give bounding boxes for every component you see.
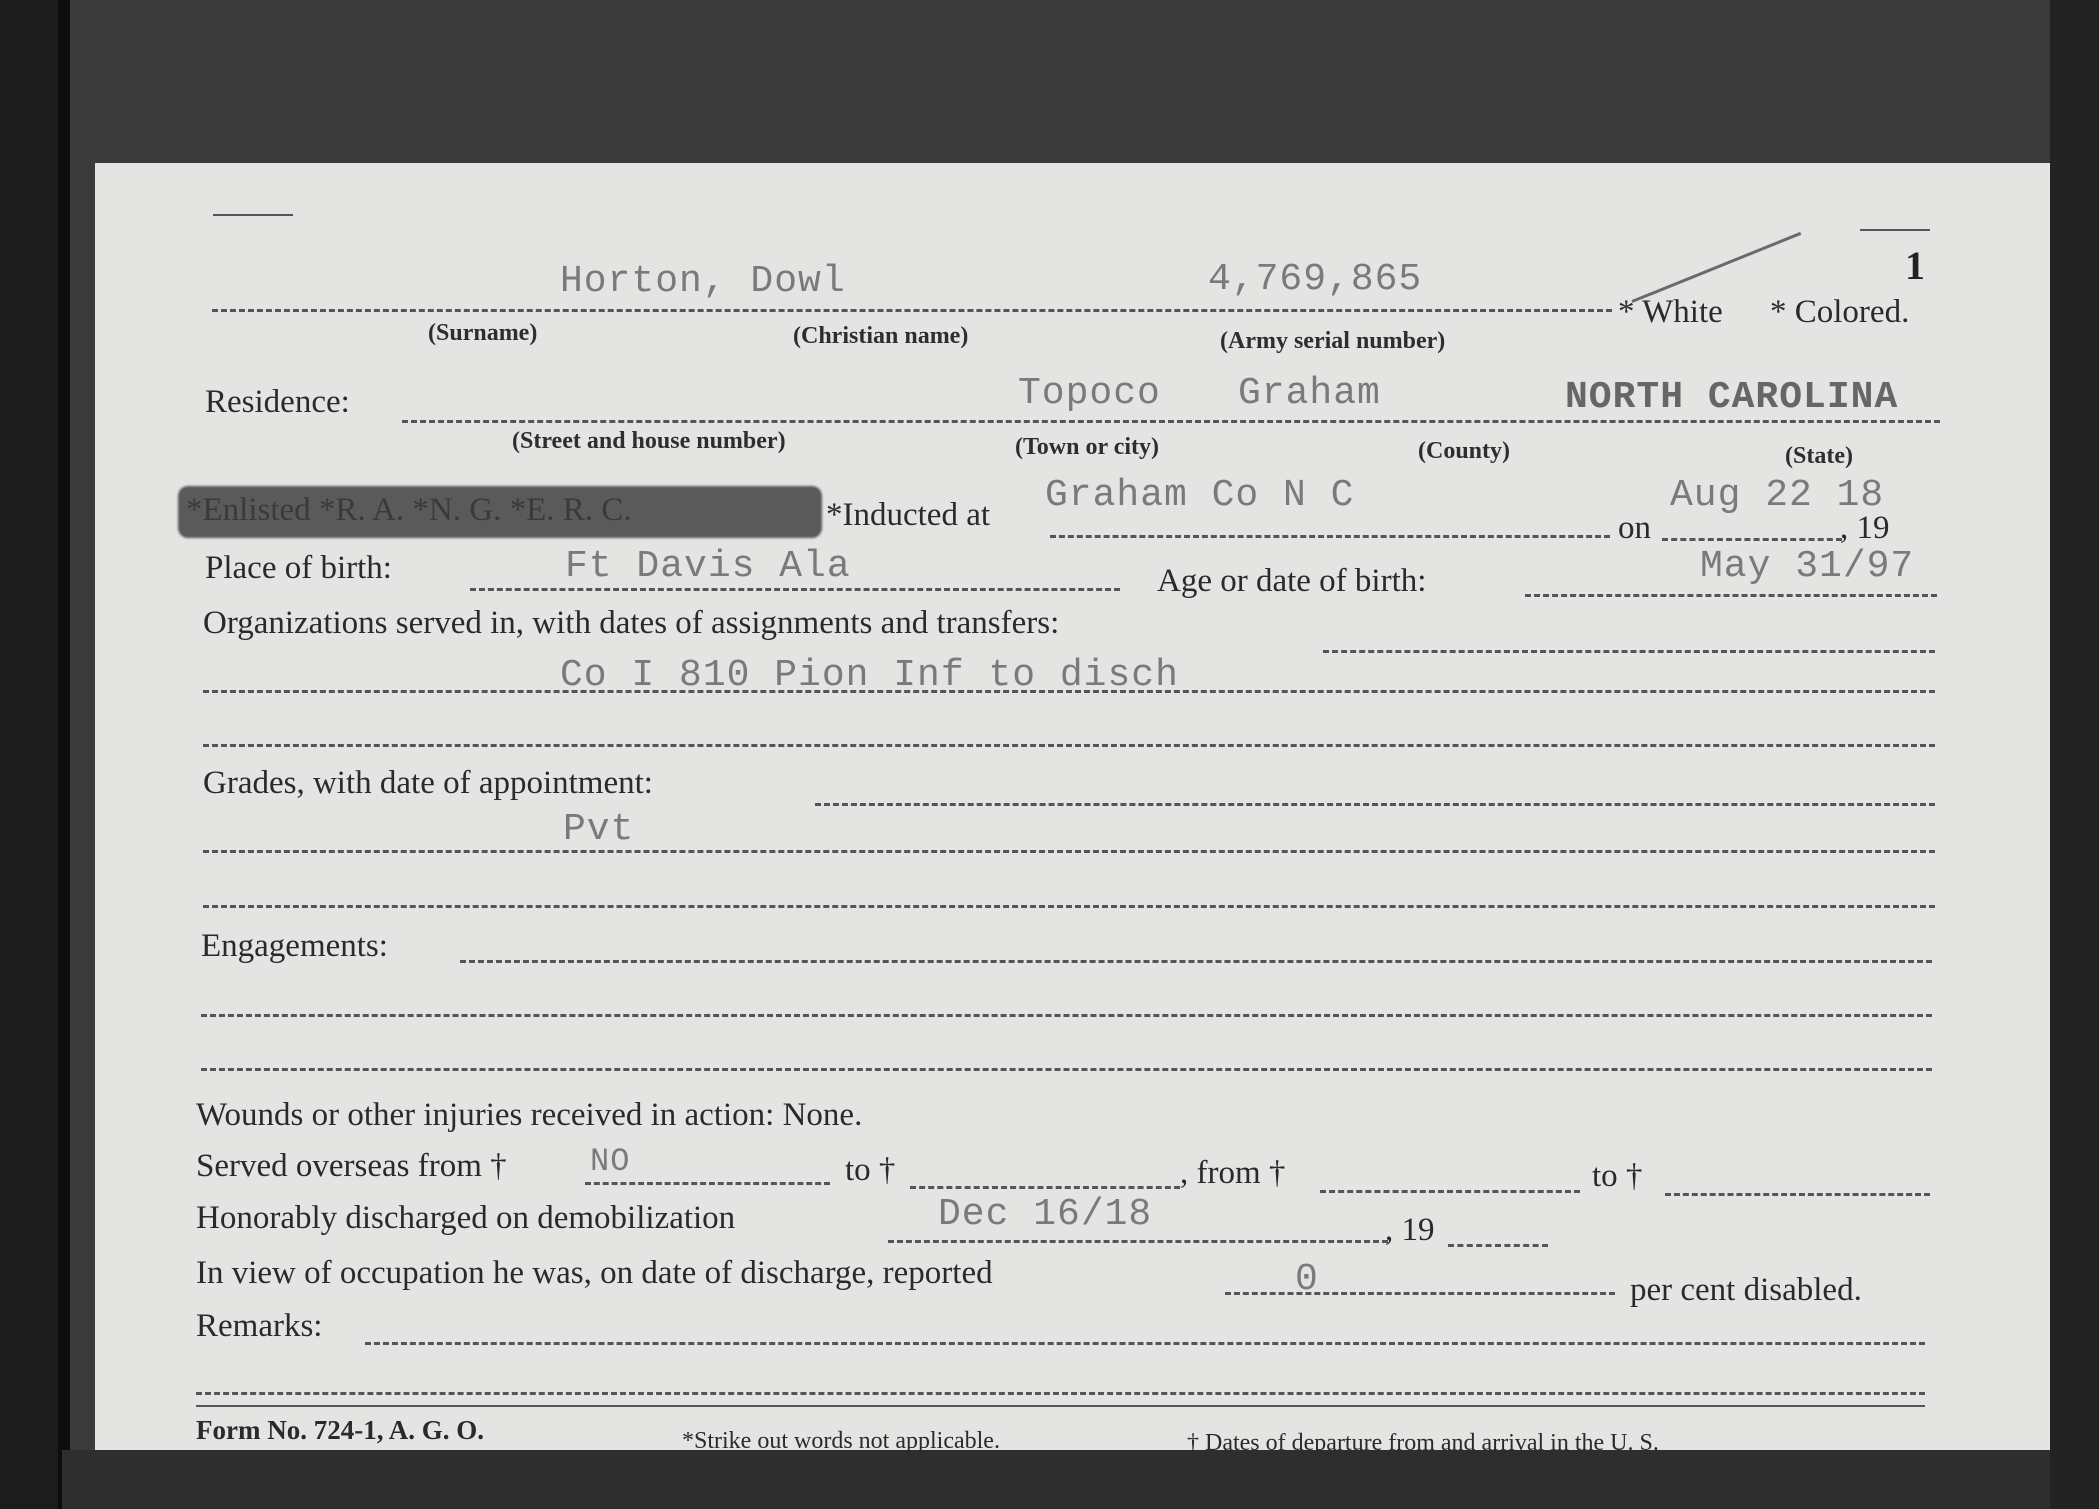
scan-background-left — [0, 0, 62, 1509]
remarks-label: Remarks: — [196, 1308, 322, 1345]
town-caption: (Town or city) — [1015, 434, 1159, 461]
residence-state-value: NORTH CAROLINA — [1565, 376, 1898, 419]
state-caption: (State) — [1785, 443, 1853, 470]
serial-number-value: 4,769,865 — [1208, 258, 1422, 301]
enlistment-options-redacted: *Enlisted *R. A. *N. G. *E. R. C. — [186, 492, 632, 529]
place-of-birth-underline — [470, 588, 1120, 591]
form-number: Form No. 724-1, A. G. O. — [196, 1415, 484, 1446]
overseas-from2-label: , from † — [1180, 1155, 1285, 1192]
date-of-birth-value: May 31/97 — [1700, 545, 1914, 588]
discharge-underline — [888, 1240, 1388, 1243]
grades-value: Pvt — [563, 808, 634, 851]
overseas-to-label: to † — [845, 1152, 895, 1189]
remarks-underline-1 — [365, 1342, 1925, 1345]
name-underline — [212, 309, 1612, 312]
organizations-label: Organizations served in, with dates of a… — [203, 605, 1059, 642]
disability-underline — [1225, 1292, 1615, 1295]
organizations-underline-3 — [203, 744, 1935, 747]
place-of-birth-value: Ft Davis Ala — [565, 545, 851, 588]
overseas-to2-label: to † — [1592, 1158, 1642, 1195]
serial-caption: (Army serial number) — [1220, 328, 1445, 355]
inducted-on-label: on — [1618, 510, 1651, 547]
organizations-underline-1 — [1323, 650, 1935, 653]
place-of-birth-label: Place of birth: — [205, 550, 392, 587]
engagements-underline-2 — [201, 1014, 1932, 1017]
grades-underline-2 — [203, 850, 1935, 853]
discharge-label: Honorably discharged on demobilization — [196, 1200, 735, 1237]
residence-county-value: Graham — [1238, 372, 1381, 415]
race-colored-option: * Colored. — [1770, 294, 1909, 331]
overseas-to-underline — [910, 1186, 1180, 1189]
grades-underline-3 — [203, 905, 1935, 908]
organizations-underline-2 — [203, 690, 1935, 693]
disability-suffix: per cent disabled. — [1630, 1272, 1862, 1309]
footnote-dates: † Dates of departure from and arrival in… — [1187, 1430, 1659, 1457]
inducted-at-label: *Inducted at — [826, 497, 990, 534]
grades-underline-1 — [815, 803, 1935, 806]
served-overseas-label: Served overseas from † — [196, 1148, 507, 1185]
overseas-to2-underline — [1665, 1193, 1930, 1196]
disability-label: In view of occupation he was, on date of… — [196, 1255, 993, 1292]
county-caption: (County) — [1418, 438, 1510, 465]
inducted-place-underline — [1050, 535, 1610, 538]
top-left-mark — [213, 214, 293, 216]
top-right-mark — [1860, 229, 1930, 231]
name-value: Horton, Dowl — [560, 260, 846, 303]
scan-background-right — [2050, 0, 2099, 1509]
engagements-underline-3 — [201, 1068, 1932, 1071]
footer-rule — [196, 1405, 1925, 1407]
remarks-underline-2 — [196, 1392, 1925, 1395]
scan-background-bottom — [62, 1450, 2050, 1509]
residence-label: Residence: — [205, 384, 350, 421]
inducted-date-underline — [1662, 538, 1842, 541]
surname-caption: (Surname) — [428, 320, 537, 347]
date-of-birth-underline — [1525, 594, 1937, 597]
wounds-label: Wounds or other injuries received in act… — [196, 1097, 862, 1134]
page-number: 1 — [1905, 242, 1925, 289]
residence-town-value: Topoco — [1018, 372, 1161, 415]
discharge-year-underline — [1448, 1244, 1548, 1247]
served-overseas-from-value: NO — [590, 1143, 630, 1180]
engagements-underline-1 — [460, 960, 1932, 963]
residence-underline — [402, 420, 1940, 423]
inducted-year-prefix: , 19 — [1840, 510, 1890, 547]
grades-label: Grades, with date of appointment: — [203, 765, 653, 802]
scan-edge-shadow — [58, 0, 70, 1509]
discharge-year-prefix: , 19 — [1385, 1212, 1435, 1249]
discharge-date-value: Dec 16/18 — [938, 1193, 1152, 1236]
inducted-place-value: Graham Co N C — [1045, 474, 1354, 517]
overseas-from-underline — [585, 1182, 830, 1185]
overseas-from2-underline — [1320, 1190, 1580, 1193]
date-of-birth-label: Age or date of birth: — [1157, 563, 1426, 600]
footnote-strike-out: *Strike out words not applicable. — [682, 1428, 1000, 1455]
street-caption: (Street and house number) — [512, 428, 786, 455]
christian-name-caption: (Christian name) — [793, 323, 968, 350]
engagements-label: Engagements: — [201, 928, 388, 965]
